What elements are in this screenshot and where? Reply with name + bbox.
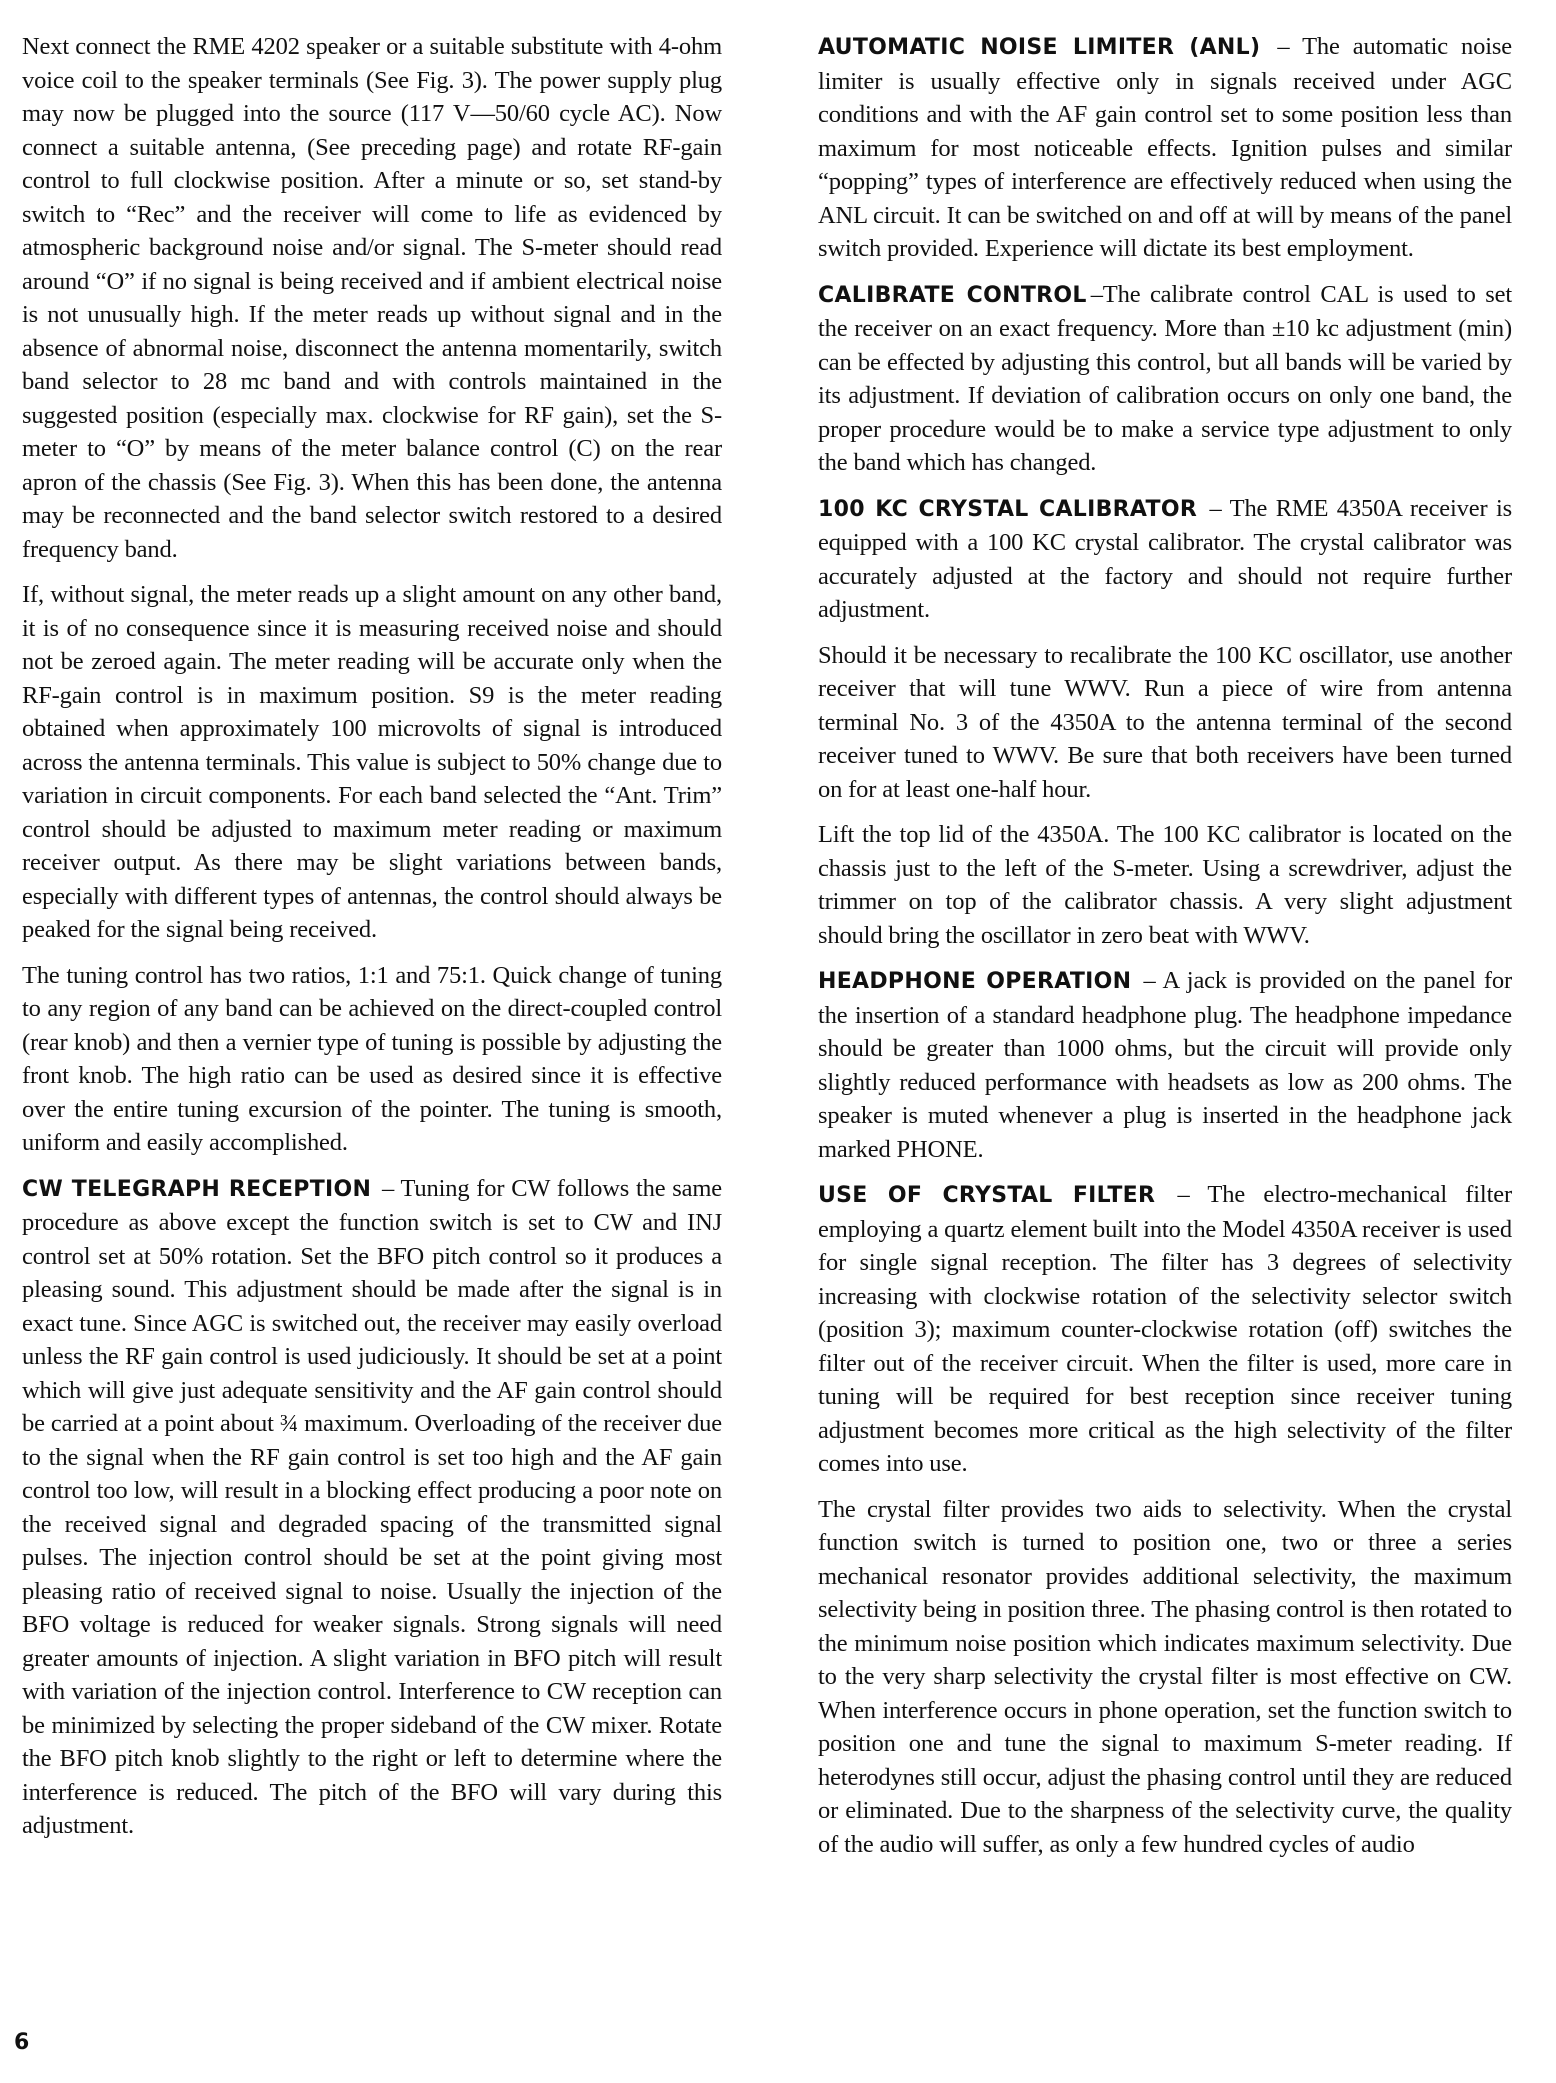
section-use-of-crystal-filter: USE OF CRYSTAL FILTER – The electro-mech… <box>818 1178 1512 1481</box>
paragraph-text: – The electro-mechanical filter employin… <box>818 1181 1512 1477</box>
paragraph-text: If, without signal, the meter reads up a… <box>22 581 722 943</box>
paragraph-text: The tuning control has two ratios, 1:1 a… <box>22 962 722 1157</box>
section-heading: USE OF CRYSTAL FILTER <box>818 1183 1155 1208</box>
paragraph-text: Lift the top lid of the 4350A. The 100 K… <box>818 821 1512 949</box>
paragraph-text: – The automatic noise limiter is usually… <box>818 33 1512 262</box>
paragraph-text: – Tuning for CW follows the same procedu… <box>22 1175 722 1840</box>
section-heading: AUTOMATIC NOISE LIMITER (ANL) <box>818 35 1260 60</box>
paragraph-meter-reading: If, without signal, the meter reads up a… <box>22 578 722 947</box>
section-cw-telegraph-reception: CW TELEGRAPH RECEPTION – Tuning for CW f… <box>22 1172 722 1843</box>
paragraph-text: Next connect the RME 4202 speaker or a s… <box>22 33 722 563</box>
paragraph-speaker-connection: Next connect the RME 4202 speaker or a s… <box>22 30 722 566</box>
paragraph-tuning-control: The tuning control has two ratios, 1:1 a… <box>22 959 722 1160</box>
left-column: Next connect the RME 4202 speaker or a s… <box>22 30 722 1855</box>
paragraph-text: Should it be necessary to recalibrate th… <box>818 642 1512 803</box>
section-heading: 100 KC CRYSTAL CALIBRATOR <box>818 497 1197 522</box>
document-page: Next connect the RME 4202 speaker or a s… <box>0 0 1556 2083</box>
section-calibrate-control: CALIBRATE CONTROL–The calibrate control … <box>818 278 1512 480</box>
paragraph-crystal-filter-aids: The crystal filter provides two aids to … <box>818 1493 1512 1862</box>
section-crystal-calibrator: 100 KC CRYSTAL CALIBRATOR – The RME 4350… <box>818 492 1512 627</box>
section-headphone-operation: HEADPHONE OPERATION – A jack is provided… <box>818 964 1512 1166</box>
section-automatic-noise-limiter: AUTOMATIC NOISE LIMITER (ANL) – The auto… <box>818 30 1512 266</box>
section-heading: CW TELEGRAPH RECEPTION <box>22 1177 371 1202</box>
paragraph-text: –The calibrate control CAL is used to se… <box>818 281 1512 477</box>
paragraph-text: – A jack is provided on the panel for th… <box>818 967 1512 1163</box>
paragraph-lift-top-lid: Lift the top lid of the 4350A. The 100 K… <box>818 818 1512 952</box>
page-number: 6 <box>14 2030 29 2055</box>
right-column: AUTOMATIC NOISE LIMITER (ANL) – The auto… <box>818 30 1512 1873</box>
paragraph-text: The crystal filter provides two aids to … <box>818 1496 1512 1858</box>
paragraph-recalibrate-oscillator: Should it be necessary to recalibrate th… <box>818 639 1512 807</box>
section-heading: CALIBRATE CONTROL <box>818 283 1087 308</box>
section-heading: HEADPHONE OPERATION <box>818 969 1131 994</box>
